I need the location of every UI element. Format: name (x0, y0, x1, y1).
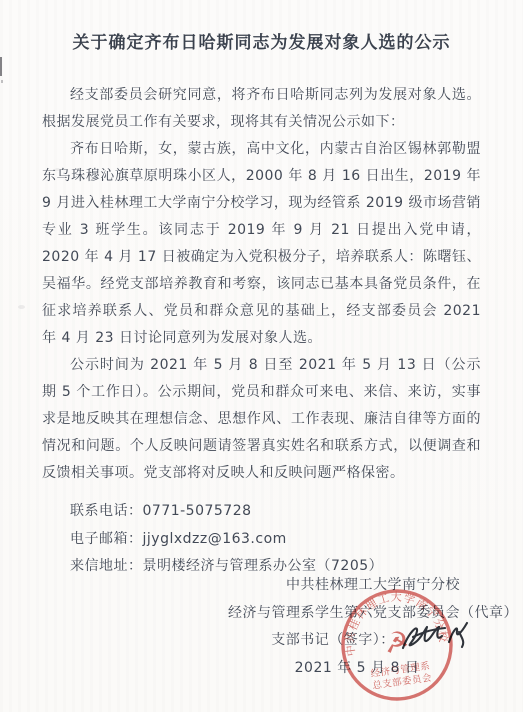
contact-email-line: 电子邮箱：jjyglxdzz@163.com (42, 526, 481, 554)
contact-info-block: 联系电话：0771-5075728 电子邮箱：jjyglxdzz@163.com… (42, 498, 481, 581)
contact-email-label: 电子邮箱： (70, 531, 143, 547)
paragraph-candidate-info: 齐布日哈斯，女，蒙古族，高中文化，内蒙古自治区锡林郭勒盟东乌珠穆沁旗草原明珠小区… (42, 136, 481, 352)
scan-artifact (18, 305, 25, 309)
scan-artifact (55, 168, 60, 171)
scan-artifact (1, 80, 3, 83)
contact-phone-value: 0771-5075728 (143, 503, 252, 519)
contact-address-label: 来信地址： (70, 558, 143, 574)
scan-artifact (0, 57, 2, 76)
paragraph-publicity-period: 公示时间为 2021 年 5 月 8 日至 2021 年 5 月 13 日（公示… (42, 352, 481, 487)
document-body: 经支部委员会研究同意，将齐布日哈斯同志列为发展对象人选。根据发展党员工作有关要求… (0, 82, 523, 581)
paragraph-intro: 经支部委员会研究同意，将齐布日哈斯同志列为发展对象人选。根据发展党员工作有关要求… (42, 82, 481, 136)
contact-phone-label: 联系电话： (70, 503, 143, 519)
hammer-sickle-icon: ☭ (382, 624, 411, 660)
document-title: 关于确定齐布日哈斯同志为发展对象人选的公示 (0, 0, 523, 53)
contact-phone-line: 联系电话：0771-5075728 (42, 498, 481, 526)
official-seal: 中共桂林理工大学南宁分校 ☭ 经济与管理系 总支部委员会 (330, 578, 463, 711)
contact-email-value: jjyglxdzz@163.com (143, 531, 287, 547)
scanned-document-page: 关于确定齐布日哈斯同志为发展对象人选的公示 经支部委员会研究同意，将齐布日哈斯同… (0, 0, 523, 712)
